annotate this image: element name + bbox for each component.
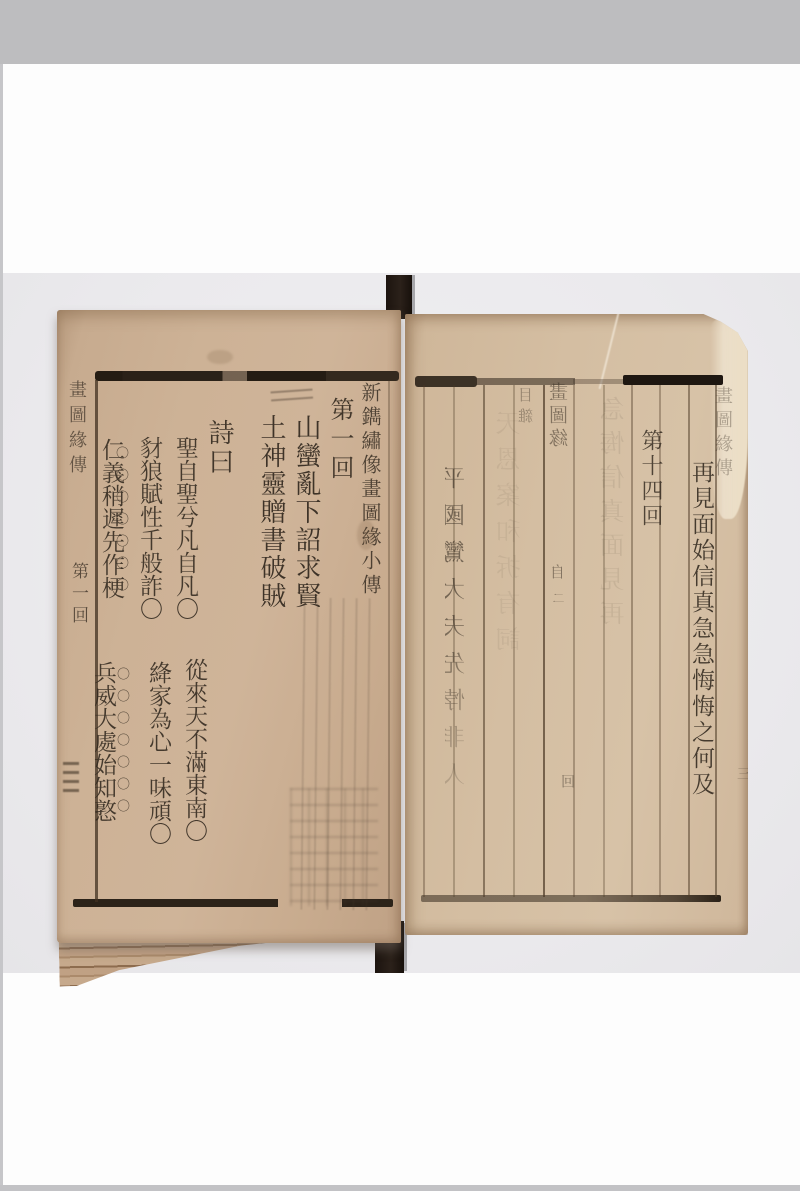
page-corner-mark: 三 bbox=[736, 766, 750, 780]
poem-line-2: 豺狼賦性千般詐〇 bbox=[137, 436, 160, 620]
poem-line-5: 絳家為心一味頑〇 bbox=[146, 661, 169, 845]
digitized-book-scan: 畫圖緣傳 第一回 新鐫繡像畫圖緣小傳 第一回 山蠻亂下詔求賢 土神靈贈書破賊 詩… bbox=[0, 0, 800, 1191]
offset-smudge-mark: 自 bbox=[551, 564, 566, 579]
paper-stain bbox=[357, 520, 375, 550]
poem-line-1: 聖自聖兮凡自凡〇 bbox=[173, 436, 196, 620]
cradle-strap-top-highlight bbox=[412, 275, 415, 315]
ghost-text-block bbox=[290, 788, 378, 906]
top-gray-band bbox=[0, 0, 800, 64]
series-title-column: 新鐫繡像畫圖緣小傳 bbox=[360, 382, 380, 598]
paper-stain bbox=[207, 350, 233, 364]
poem-line-6: 兵威大處始知憝 bbox=[91, 661, 114, 822]
frame-top-rule-segment bbox=[573, 379, 625, 384]
frame-top-rule bbox=[95, 371, 399, 381]
poem-intro-label: 詩曰 bbox=[206, 419, 232, 477]
column-rule bbox=[483, 385, 485, 897]
frame-right-rule bbox=[388, 380, 390, 900]
offset-smudge-text: 畫圖緣 bbox=[551, 382, 570, 451]
offset-smudge-text: 平國鸞大夫先悖非人 bbox=[445, 466, 468, 799]
ink-smudge-top bbox=[270, 389, 313, 408]
offset-smudge-mark: 二 bbox=[553, 592, 565, 604]
fore-edge-ink-smudge bbox=[63, 762, 79, 798]
fore-edge-chapter-label: 第一回 bbox=[69, 562, 86, 628]
book-photograph: 畫圖緣傳 第一回 新鐫繡像畫圖緣小傳 第一回 山蠻亂下詔求賢 土神靈贈書破賊 詩… bbox=[3, 273, 800, 973]
fore-edge-book-title: 畫圖緣傳 bbox=[713, 386, 731, 482]
chapter-number-column: 第一回 bbox=[328, 397, 352, 484]
column-rule bbox=[543, 385, 545, 897]
poem-line-4: 從來天不滿東南〇 bbox=[182, 658, 205, 842]
frame-top-rule-segment bbox=[623, 375, 723, 385]
emphasis-circles-lower: 〇〇〇〇〇〇〇 bbox=[115, 667, 128, 821]
chapter-couplet-right: 山蠻亂下詔求賢 bbox=[293, 414, 319, 610]
right-page: 再見面始信真急急悔悔之何及 第十四回 畫圖緣傳 三 畫圖緣 目雜 平國鸞大夫先悖… bbox=[405, 314, 748, 935]
chapter-ending-column: 再見面始信真急急悔悔之何及 bbox=[689, 460, 712, 798]
illegible-bleed-texture: 天恩案和拆有詞 bbox=[497, 410, 522, 662]
chapter-couplet-left: 土神靈贈書破賊 bbox=[258, 414, 284, 610]
chapter-marker-column: 第十四回 bbox=[639, 429, 661, 529]
illegible-bleed-texture: 急悔信真面見再 bbox=[601, 396, 626, 634]
frame-bottom-rule bbox=[421, 895, 721, 902]
poem-line-3: 仁義稍遲先作梗 bbox=[99, 438, 122, 599]
column-rule bbox=[423, 385, 425, 897]
left-page: 畫圖緣傳 第一回 新鐫繡像畫圖緣小傳 第一回 山蠻亂下詔求賢 土神靈贈書破賊 詩… bbox=[57, 310, 401, 943]
column-rule bbox=[631, 385, 633, 897]
column-rule bbox=[573, 385, 575, 897]
offset-page-number: 回 bbox=[562, 774, 576, 788]
bottom-gray-band bbox=[0, 1185, 800, 1191]
fore-edge-book-title: 畫圖緣傳 bbox=[67, 380, 85, 480]
paper-crease bbox=[599, 313, 620, 389]
